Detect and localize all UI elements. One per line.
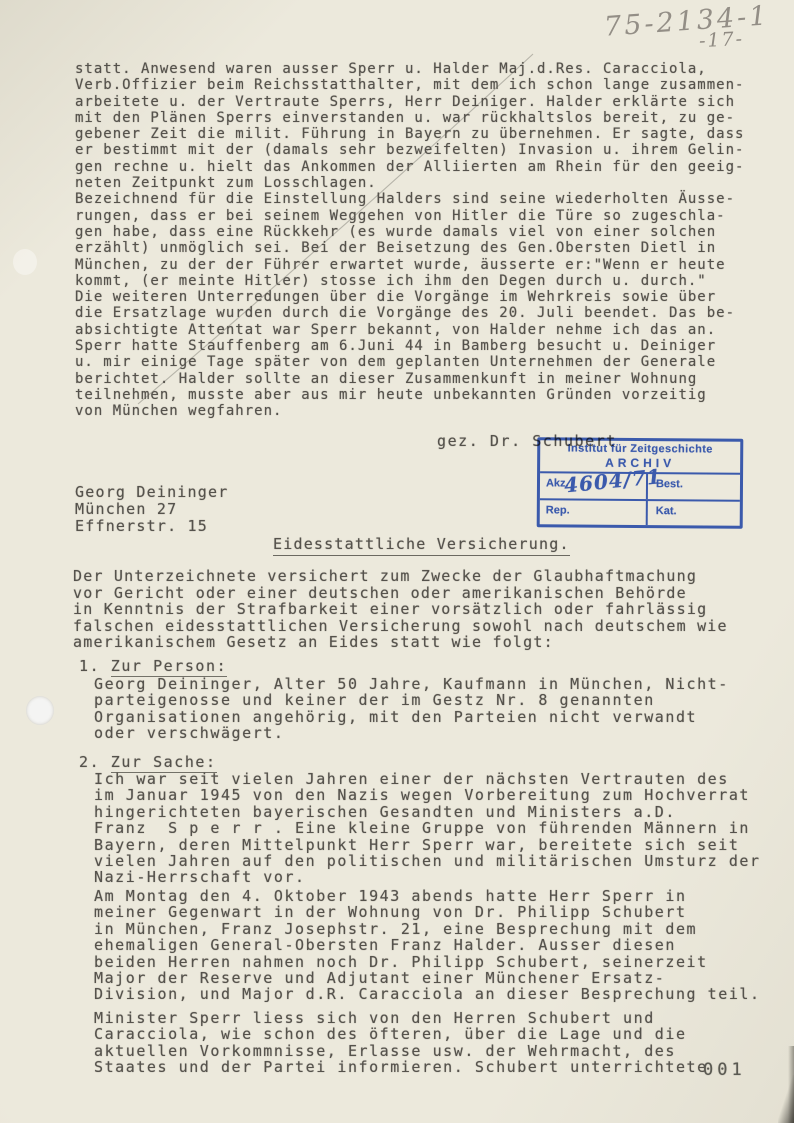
sender-street: Effnerstr. 15: [75, 518, 208, 535]
handwritten-reference-number: 75-2134-1: [603, 0, 770, 42]
hole-punch-top: [13, 249, 37, 275]
scanned-document-page: 75-2134-1 -17- statt. Anwesend waren aus…: [0, 0, 794, 1123]
hole-punch-bottom: [26, 696, 54, 725]
section-person-body: Georg Deininger, Alter 50 Jahre, Kaufman…: [94, 676, 729, 742]
section-sache-body: Ich war seit vielen Jahren einer der näc…: [94, 771, 761, 886]
handwritten-page-number: -17-: [698, 28, 744, 52]
minister-paragraph: Minister Sperr liess sich von den Herren…: [94, 1010, 708, 1076]
section-sache-number: 2.: [79, 753, 100, 771]
stamp-rep-cell: Rep.: [540, 500, 648, 525]
section-sache-spacer: [100, 753, 111, 771]
section-person-heading: 1. Zur Person:: [79, 658, 227, 674]
folio-number-stamp: 001: [703, 1060, 746, 1080]
continuation-text-block: statt. Anwesend waren ausser Sperr u. Ha…: [75, 61, 744, 420]
stamp-row-akz-best: Akz. 4604/71 Best.: [540, 473, 740, 501]
intro-paragraph: Der Unterzeichnete versichert zum Zwecke…: [73, 568, 728, 651]
archive-stamp: Institut für Zeitgeschichte ARCHIV Akz. …: [537, 437, 744, 528]
section-person-title: Zur Person:: [111, 657, 227, 677]
stamp-kat-cell: Kat.: [648, 501, 740, 526]
sender-name: Georg Deininger: [75, 484, 228, 501]
affidavit-heading: Eidesstattliche Versicherung.: [273, 536, 570, 556]
meeting-paragraph: Am Montag den 4. Oktober 1943 abends hat…: [94, 888, 761, 1003]
section-person-spacer: [100, 657, 111, 675]
section-person-number: 1.: [79, 657, 100, 675]
stamp-institute-name: Institut für Zeitgeschichte: [540, 442, 740, 455]
stamp-row-rep-kat: Rep. Kat.: [540, 500, 740, 526]
stamp-akz-cell: Akz. 4604/71: [540, 473, 648, 498]
sender-city: München 27: [75, 501, 177, 518]
scan-corner-shadow: [778, 1075, 794, 1123]
section-sache-heading: 2. Zur Sache:: [79, 754, 217, 770]
